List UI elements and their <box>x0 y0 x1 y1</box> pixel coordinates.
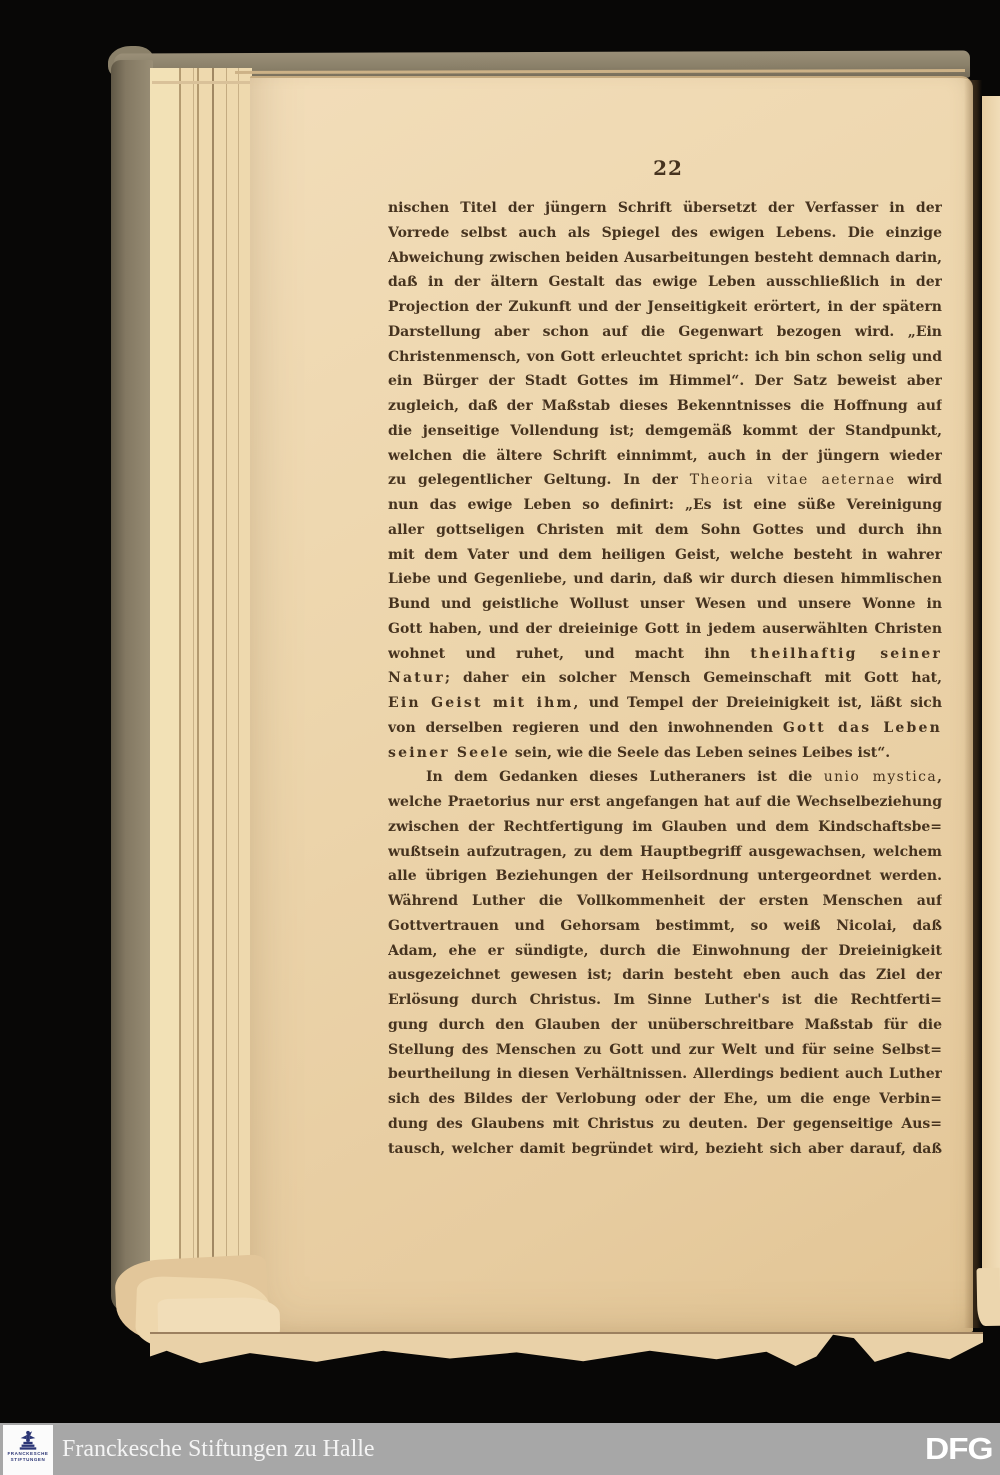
letterspaced-text-segment: Ein Geist mit ihm, <box>388 695 581 711</box>
text-segment: welche Praetorius nur erst angefangen ha… <box>388 794 942 810</box>
text-line: tausch, welcher damit begründet wird, be… <box>388 1137 942 1162</box>
text-segment: Projection der Zukunft und der Jenseitig… <box>388 299 942 315</box>
page-edge-crease <box>197 68 199 1338</box>
eagle-on-pedestal-icon <box>17 1429 39 1451</box>
text-segment: von derselben regieren und den inwohnend… <box>388 720 783 736</box>
text-line: nun das ewige Leben so definirt: „Es ist… <box>388 493 942 518</box>
page-edge-crease <box>179 68 181 1338</box>
book-cover-left-edge <box>111 60 153 1312</box>
text-line: wußtsein aufzutragen, zu dem Hauptbegrif… <box>388 840 942 865</box>
text-segment: zugleich, daß der Maßstab dieses Bekennt… <box>388 398 942 414</box>
page-top-edge-line <box>152 81 262 84</box>
text-line: Erlösung durch Christus. Im Sinne Luther… <box>388 988 942 1013</box>
text-line: Natur; daher ein solcher Mensch Gemeinsc… <box>388 666 942 691</box>
logo-caption-line2: STIFTUNGEN <box>11 1457 46 1463</box>
text-segment: wohnet und ruhet, und macht ihn <box>388 646 750 662</box>
text-segment: mit dem Vater und dem heiligen Geist, we… <box>388 547 942 563</box>
antiqua-text-segment: unio mystica <box>824 769 937 785</box>
text-segment: Bund und geistliche Wollust unser Wesen … <box>388 596 942 612</box>
text-segment: alle übrigen Beziehungen der Heilsordnun… <box>388 868 942 884</box>
page-edge-crease <box>212 68 214 1338</box>
text-line: Gott haben, und der dreieinige Gott in j… <box>388 617 942 642</box>
page-edge-crease <box>193 68 194 1338</box>
text-line: dung des Glaubens mit Christus zu deuten… <box>388 1112 942 1137</box>
text-line: Adam, ehe er sündigte, durch die Einwohn… <box>388 939 942 964</box>
facing-page-fragment <box>976 1268 1000 1326</box>
text-segment: Stellung des Menschen zu Gott und zur We… <box>388 1042 942 1058</box>
text-segment: Vorrede selbst auch als Spiegel des ewig… <box>388 225 942 241</box>
text-segment: zwischen der Rechtfertigung im Glauben u… <box>388 819 942 835</box>
text-segment: Christenmensch, von Gott erleuchtet spri… <box>388 349 942 365</box>
text-line: aller gottseligen Christen mit dem Sohn … <box>388 518 942 543</box>
letterspaced-text-segment: seiner Seele <box>388 745 510 761</box>
text-line: ein Bürger der Stadt Gottes im Himmel“. … <box>388 369 942 394</box>
text-segment: wird <box>896 472 942 488</box>
text-line: die jenseitige Vollendung ist; demgemäß … <box>388 419 942 444</box>
text-segment: Abweichung zwischen beiden Ausarbeitunge… <box>388 250 942 266</box>
text-segment: ausgezeichnet gewesen ist; darin besteht… <box>388 967 942 983</box>
text-segment: ; daher ein solcher Mensch Gemeinschaft … <box>445 670 942 686</box>
text-line: ausgezeichnet gewesen ist; darin besteht… <box>388 963 942 988</box>
text-line: daß in der ältern Gestalt das ewige Lebe… <box>388 270 942 295</box>
text-segment: nun das ewige Leben so definirt: „Es ist… <box>388 497 942 513</box>
text-segment: sein, wie die Seele das Leben seines Lei… <box>510 745 890 761</box>
page-edge-stack <box>150 68 252 1338</box>
text-segment: sich des Bildes der Verlobung oder der E… <box>388 1091 942 1107</box>
text-segment: Liebe und Gegenliebe, und darin, daß wir… <box>388 571 942 587</box>
text-line: welche Praetorius nur erst angefangen ha… <box>388 790 942 815</box>
text-line: zu gelegentlicher Geltung. In der Theori… <box>388 468 942 493</box>
text-segment: gung durch den Glauben der unüberschreit… <box>388 1017 942 1033</box>
text-line: In dem Gedanken dieses Lutheraners ist d… <box>388 765 942 790</box>
text-segment: welchen die ältere Schrift einnimmt, auc… <box>388 448 942 464</box>
text-line: sich des Bildes der Verlobung oder der E… <box>388 1087 942 1112</box>
text-line: beurtheilung in diesen Verhältnissen. Al… <box>388 1062 942 1087</box>
text-line: wohnet und ruhet, und macht ihn theilhaf… <box>388 642 942 667</box>
text-segment: ein Bürger der Stadt Gottes im Himmel“. … <box>388 373 942 389</box>
text-segment: , <box>937 769 942 785</box>
text-line: Abweichung zwischen beiden Ausarbeitunge… <box>388 246 942 271</box>
antiqua-text-segment: Theoria vitae aeternae <box>690 472 896 488</box>
text-segment: zu gelegentlicher Geltung. In der <box>388 472 690 488</box>
text-segment: Gott haben, und der dreieinige Gott in j… <box>388 621 942 637</box>
text-line: seiner Seele sein, wie die Seele das Leb… <box>388 741 942 766</box>
institution-title: Franckesche Stiftungen zu Halle <box>62 1423 375 1475</box>
text-segment: Adam, ehe er sündigte, durch die Einwohn… <box>388 943 942 959</box>
text-segment: nischen Titel der jüngern Schrift überse… <box>388 200 942 216</box>
text-segment: dung des Glaubens mit Christus zu deuten… <box>388 1116 942 1132</box>
text-line: zugleich, daß der Maßstab dieses Bekennt… <box>388 394 942 419</box>
text-segment: Darstellung aber schon auf die Gegenwart… <box>388 324 942 340</box>
text-segment: beurtheilung in diesen Verhältnissen. Al… <box>388 1066 942 1082</box>
franckesche-stiftungen-logo: FRANCKESCHE STIFTUNGEN <box>3 1425 53 1475</box>
text-segment: wußtsein aufzutragen, zu dem Hauptbegrif… <box>388 844 942 860</box>
text-line: Stellung des Menschen zu Gott und zur We… <box>388 1038 942 1063</box>
facing-page-edge <box>982 96 1000 1314</box>
text-line: Bund und geistliche Wollust unser Wesen … <box>388 592 942 617</box>
letterspaced-text-segment: Natur <box>388 670 445 686</box>
text-line: Vorrede selbst auch als Spiegel des ewig… <box>388 221 942 246</box>
text-segment: die jenseitige Vollendung ist; demgemäß … <box>388 423 942 439</box>
text-segment: Erlösung durch Christus. Im Sinne Luther… <box>388 992 942 1008</box>
text-line: Christenmensch, von Gott erleuchtet spri… <box>388 345 942 370</box>
text-segment: und Tempel der Dreieinigkeit ist, läßt s… <box>581 695 942 711</box>
text-line: mit dem Vater und dem heiligen Geist, we… <box>388 543 942 568</box>
text-segment: Gottvertrauen und Gehorsam bestimmt, so … <box>388 918 942 934</box>
text-line: zwischen der Rechtfertigung im Glauben u… <box>388 815 942 840</box>
text-line: Gottvertrauen und Gehorsam bestimmt, so … <box>388 914 942 939</box>
text-block: nischen Titel der jüngern Schrift überse… <box>388 196 942 1161</box>
text-line: von derselben regieren und den inwohnend… <box>388 716 942 741</box>
dfg-logo: DFG <box>925 1423 992 1475</box>
text-line: Liebe und Gegenliebe, und darin, daß wir… <box>388 567 942 592</box>
text-line: Ein Geist mit ihm, und Tempel der Dreiei… <box>388 691 942 716</box>
text-line: welchen die ältere Schrift einnimmt, auc… <box>388 444 942 469</box>
footer-bar: FRANCKESCHE STIFTUNGEN Franckesche Stift… <box>0 1423 1000 1475</box>
text-line: gung durch den Glauben der unüberschreit… <box>388 1013 942 1038</box>
text-line: nischen Titel der jüngern Schrift überse… <box>388 196 942 221</box>
page-edge-crease <box>226 68 227 1338</box>
text-segment: tausch, welcher damit begründet wird, be… <box>388 1141 942 1157</box>
scan-viewport: 22 nischen Titel der jüngern Schrift übe… <box>0 0 1000 1475</box>
text-line: Projection der Zukunft und der Jenseitig… <box>388 295 942 320</box>
text-line: alle übrigen Beziehungen der Heilsordnun… <box>388 864 942 889</box>
page-edge-crease <box>238 68 239 1338</box>
text-segment: aller gottseligen Christen mit dem Sohn … <box>388 522 942 538</box>
text-segment: In dem Gedanken dieses Lutheraners ist d… <box>426 769 824 785</box>
letterspaced-text-segment: Gott das Leben <box>783 720 942 736</box>
text-line: Darstellung aber schon auf die Gegenwart… <box>388 320 942 345</box>
text-line: Während Luther die Vollkommenheit der er… <box>388 889 942 914</box>
page-number: 22 <box>628 156 708 180</box>
torn-bottom-edge <box>150 1332 983 1366</box>
text-segment: daß in der ältern Gestalt das ewige Lebe… <box>388 274 942 290</box>
page-fold-crease <box>964 80 982 1328</box>
text-segment: Während Luther die Vollkommenheit der er… <box>388 893 942 909</box>
